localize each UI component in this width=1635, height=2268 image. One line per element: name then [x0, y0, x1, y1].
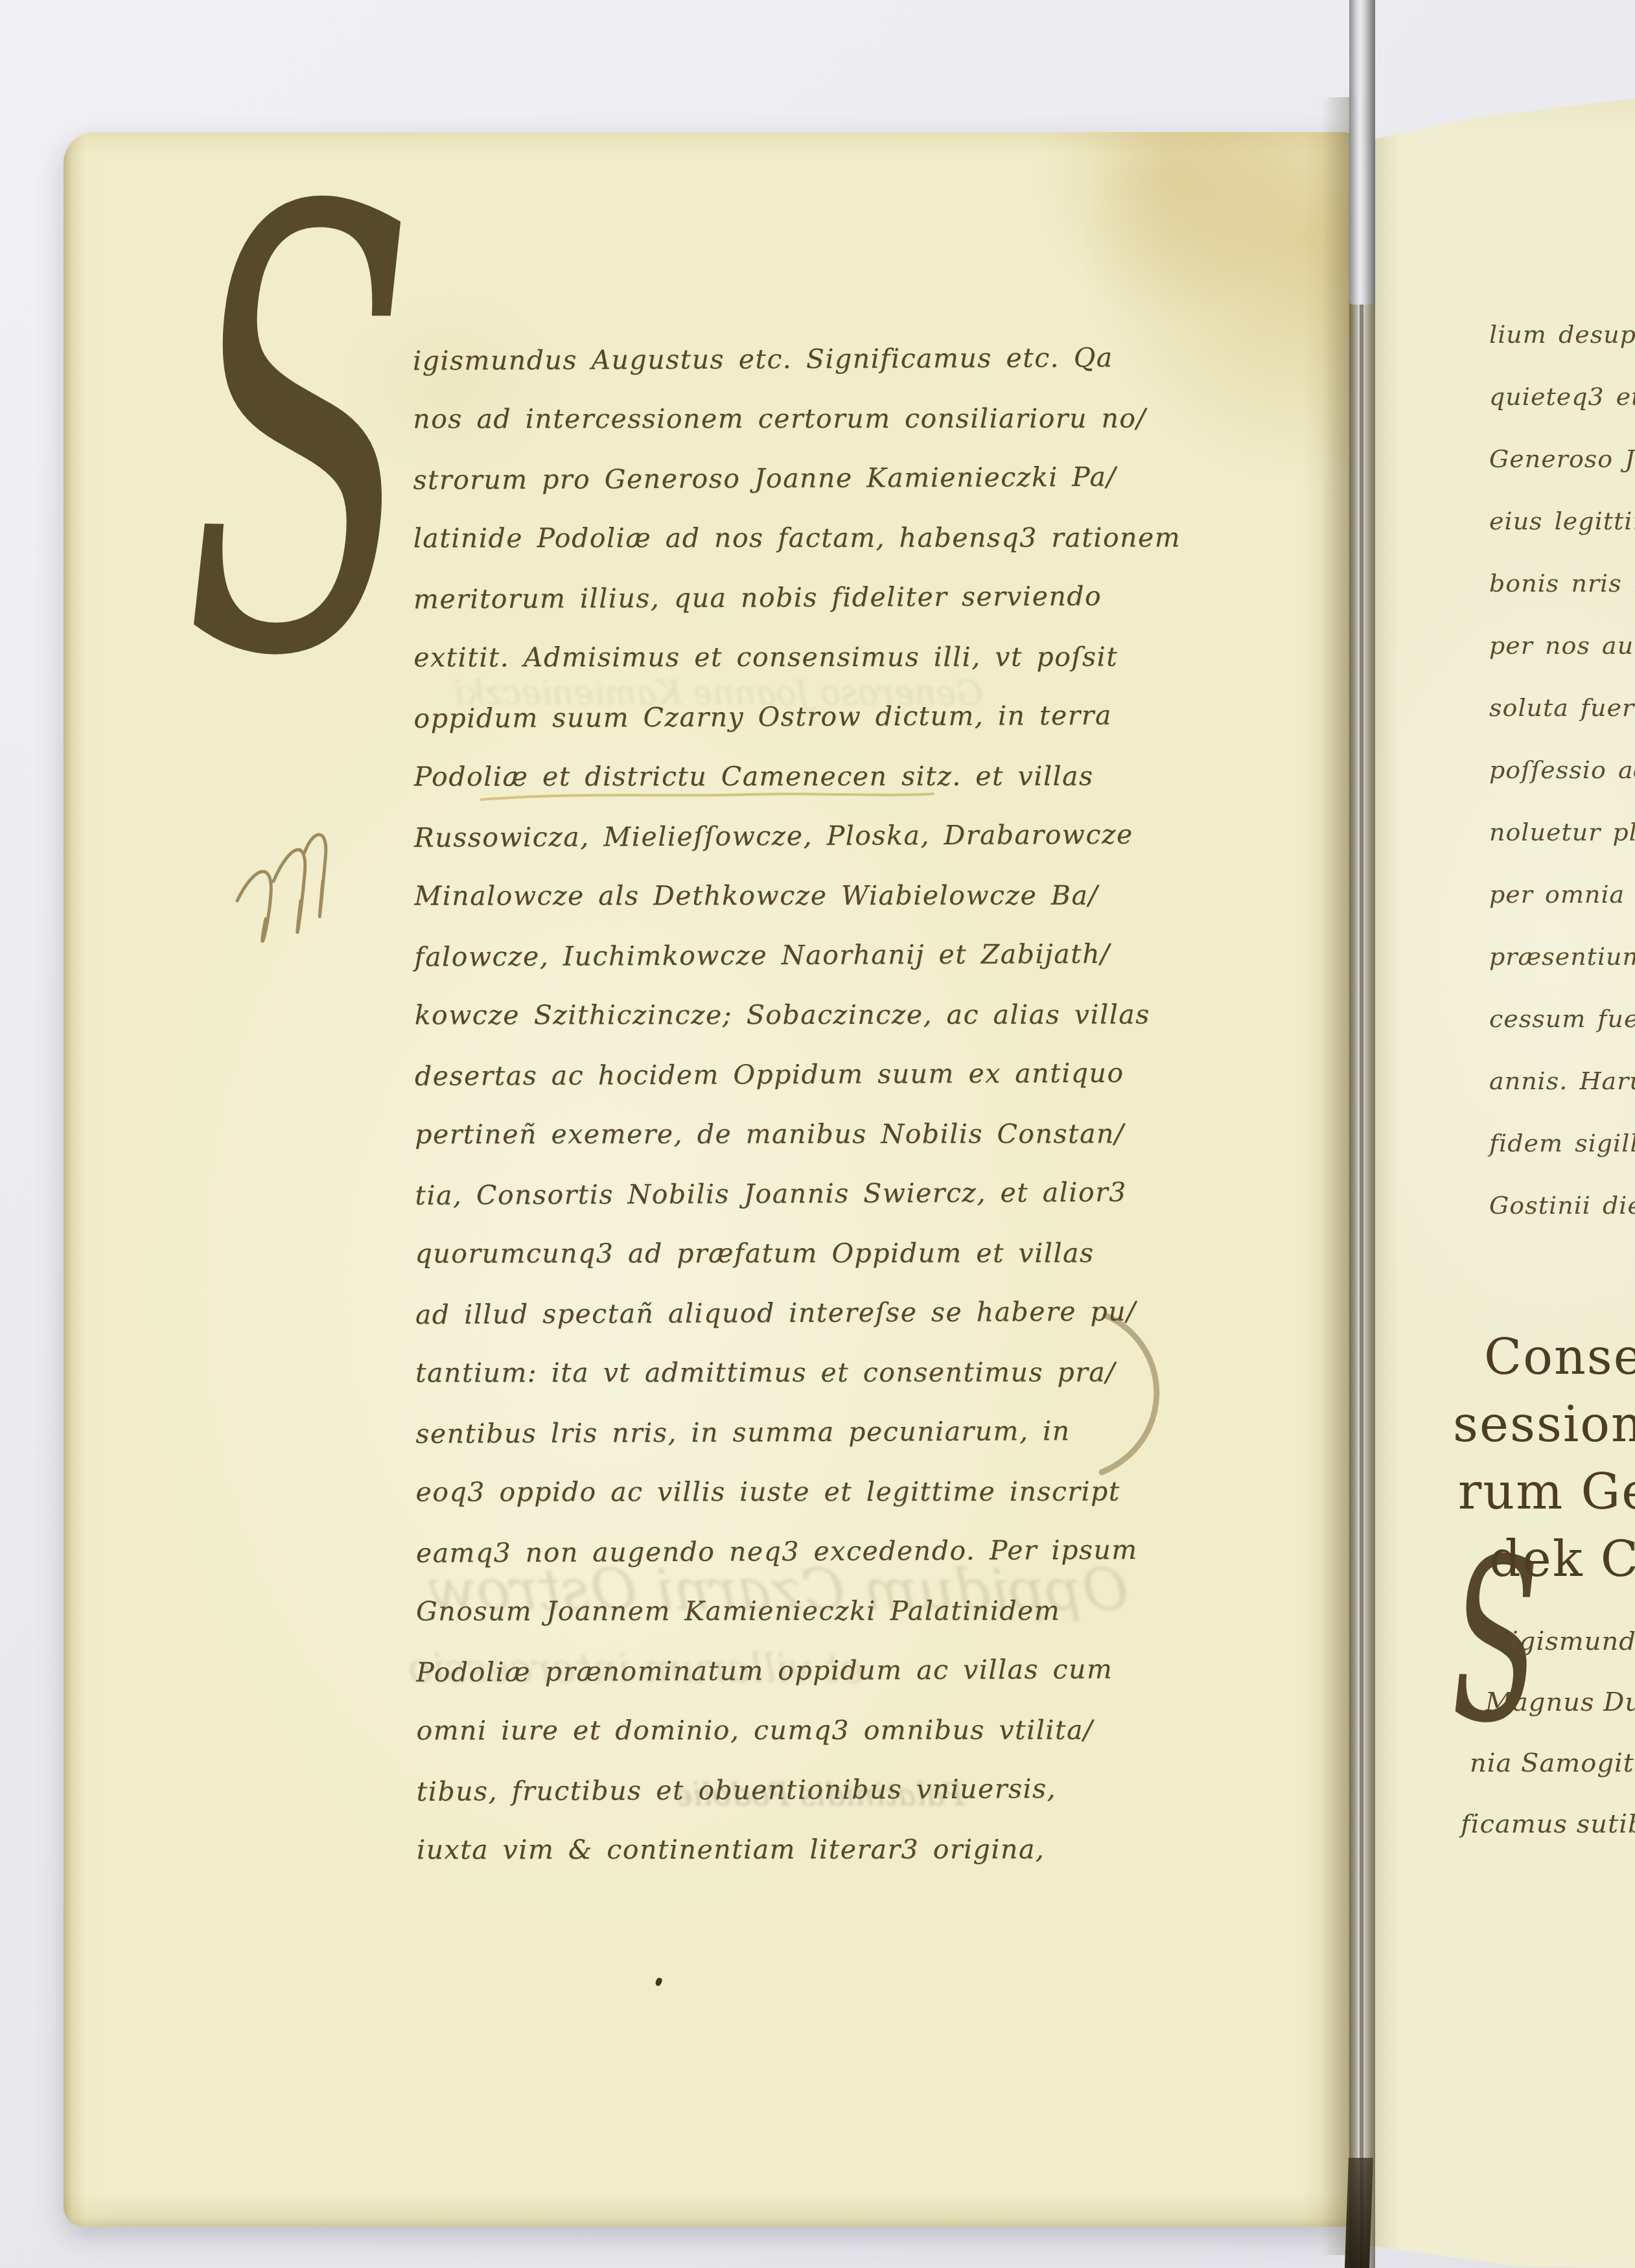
facing-entry-line: igismundus: [1510, 1611, 1635, 1672]
manuscript-line: tia, Consortis Nobilis Joannis Swiercz, …: [415, 1162, 1183, 1225]
facing-page-line: per omnia ma: [1489, 863, 1635, 925]
manuscript-line: kowcze Szithiczincze; Sobaczincze, ac al…: [415, 984, 1182, 1045]
manuscript-photo: { "left_page": { "initial": "S", "lines"…: [0, 0, 1635, 2268]
manuscript-line: iuxta vim & continentiam literar3 origin…: [417, 1819, 1184, 1879]
manuscript-line: ad illud spectañ aliquod intereſse se ha…: [415, 1281, 1183, 1345]
manuscript-line: pertineñ exemere, de manibus Nobilis Con…: [415, 1104, 1182, 1164]
manuscript-line: tibus, fructibus et obuentionibus vniuer…: [417, 1758, 1185, 1822]
glass-rod-foot-shadow: [1345, 2158, 1373, 2268]
facing-page-line: soluta fuerit.: [1489, 677, 1635, 739]
manuscript-line: extitit. Admisimus et consensimus illi, …: [413, 627, 1181, 687]
manuscript-line: tantium: ita vt admittimus et consentimu…: [415, 1342, 1183, 1402]
manuscript-line: Podoliæ prænominatum oppidum ac villas c…: [416, 1639, 1184, 1702]
manuscript-line: Gnosum Joannem Kamienieczki Palatinidem: [416, 1580, 1183, 1641]
facing-page-text-fragment: lium desuperquieteq3 et paGeneroso Joane…: [1489, 303, 1635, 1236]
facing-heading-line: Conserv: [1484, 1323, 1635, 1391]
facing-page-line: eius legittimi: [1489, 490, 1635, 552]
facing-page-line: annis. Harum: [1489, 1050, 1635, 1112]
facing-entry-line: nia Samogitia: [1470, 1733, 1635, 1794]
facing-page-line: Generoso Joan: [1489, 428, 1635, 490]
manuscript-line: quorumcunq3 ad præfatum Oppidum et villa…: [415, 1223, 1183, 1283]
facing-page-line: per nos aut su: [1489, 614, 1635, 677]
glass-rod-top-highlight: [1349, 0, 1375, 305]
facing-page-line: poſſessio ad n: [1489, 739, 1635, 801]
manuscript-line: strorum pro Generoso Joanne Kamienieczki…: [413, 446, 1181, 510]
facing-page-entry-start: igismundusMagnus Duxnia Samogitiaficamus…: [1459, 1611, 1635, 1855]
facing-page-line: fidem sigillum: [1489, 1112, 1635, 1174]
manuscript-line: latinide Podoliæ ad nos factam, habensq3…: [413, 507, 1181, 568]
illuminated-initial-s: S: [184, 133, 416, 740]
facing-page-line: lium desuper: [1489, 303, 1635, 365]
marginal-paraph-mark: [228, 804, 338, 978]
manuscript-line: eamq3 non augendo neq3 excedendo. Per ip…: [416, 1520, 1184, 1583]
facing-page-line: cessum fuerit,: [1489, 988, 1635, 1050]
manuscript-line: igismundus Augustus etc. Significamus et…: [413, 327, 1181, 391]
manuscript-line: nos ad intercessionem certorum consiliar…: [413, 388, 1180, 448]
facing-heading-line: sessione: [1453, 1391, 1635, 1458]
manuscript-line: desertas ac hocidem Oppidum suum ex anti…: [415, 1043, 1183, 1106]
glass-rod: [1349, 0, 1375, 2268]
facing-entry-line: Magnus Dux: [1485, 1672, 1635, 1733]
facing-page-line: bonis nris in: [1489, 552, 1635, 614]
manuscript-line: eoq3 oppido ac villis iuste et legittime…: [416, 1461, 1183, 1522]
main-text-block: igismundus Augustus etc. Significamus et…: [413, 328, 1185, 1880]
manuscript-line: Russowicza, Mielieſſowcze, Ploska, Draba…: [414, 804, 1182, 868]
manuscript-line: Podoliæ et districtu Camenecen sitz. et …: [414, 746, 1181, 806]
facing-entry-line: ficamus sutib,: [1461, 1794, 1635, 1855]
manuscript-line: meritorum illius, qua nobis fideliter se…: [413, 566, 1181, 629]
facing-page-line: præsentium in: [1489, 925, 1635, 988]
facing-page-line: noluetur plen: [1489, 801, 1635, 863]
manuscript-line: falowcze, Iuchimkowcze Naorhanij et Zabi…: [414, 923, 1182, 987]
manuscript-line: Minalowcze als Dethkowcze Wiabielowcze B…: [414, 865, 1181, 925]
manuscript-line: sentibus lris nris, in summa pecuniarum,…: [415, 1400, 1183, 1464]
manuscript-line: oppidum suum Czarny Ostrow dictum, in te…: [413, 685, 1181, 748]
facing-page-line: quieteq3 et pa: [1489, 365, 1635, 428]
facing-page-line: Gostinii die e: [1489, 1174, 1635, 1236]
manuscript-line: omni iure et dominio, cumq3 omnibus vtil…: [416, 1700, 1183, 1760]
